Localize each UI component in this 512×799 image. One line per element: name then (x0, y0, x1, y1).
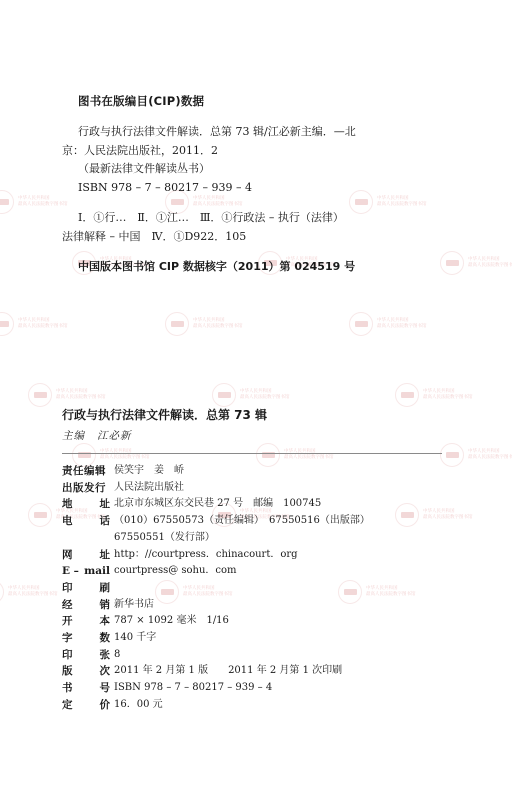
cip-isbn: ISBN 978 – 7 – 80217 – 939 – 4 (78, 179, 458, 198)
copyright-page: 中华人民共和国最高人民法院数字图书馆 中华人民共和国最高人民法院数字图书馆 中华… (0, 0, 512, 799)
editor-label: 主编 (62, 430, 85, 442)
cip-title: 图书在版编目(CIP)数据 (78, 93, 458, 109)
library-seal-icon (165, 312, 189, 336)
info-label: 经销 (62, 597, 114, 614)
info-value: 侯笑宇 姜 峤 (114, 463, 184, 480)
watermark: 中华人民共和国最高人民法院数字图书馆 (165, 312, 243, 336)
library-seal-icon (349, 312, 373, 336)
info-label: 定价 (62, 697, 114, 714)
watermark: 中华人民共和国最高人民法院数字图书馆 (349, 312, 427, 336)
watermark: 中华人民共和国最高人民法院数字图书馆 (0, 580, 58, 604)
cip-description: 行政与执行法律文件解读．总第 73 辑/江必新主编．—北 京：人民法院出版社，2… (78, 123, 458, 197)
editor-name: 江必新 (97, 430, 132, 442)
watermark-line-1: 中华人民共和国 (8, 586, 40, 591)
info-row-word-count: 字数 140 千字 (62, 630, 444, 647)
library-seal-icon (28, 503, 52, 527)
info-value: （010）67550573（责任编辑） 67550516（出版部） 675505… (114, 513, 370, 546)
watermark: 中华人民共和国最高人民法院数字图书馆 (0, 312, 68, 336)
info-label: 书号 (62, 680, 114, 697)
info-label: 电话 (62, 513, 114, 530)
info-label: 版次 (62, 663, 114, 680)
watermark-line-2: 最高人民法院数字图书馆 (377, 324, 427, 329)
info-row-printed-sheets: 印张 8 (62, 647, 444, 664)
watermark-line-1: 中华人民共和国 (18, 318, 50, 323)
info-row-price: 定价 16．00 元 (62, 697, 444, 714)
watermark-line-2: 最高人民法院数字图书馆 (468, 263, 512, 268)
watermark-line-2: 最高人民法院数字图书馆 (56, 395, 106, 400)
info-row-responsible-editor: 责任编辑 侯笑宇 姜 峤 (62, 463, 444, 480)
info-value: 新华书店 (114, 597, 154, 614)
watermark: 中华人民共和国最高人民法院数字图书馆 (212, 383, 290, 407)
library-seal-icon (395, 383, 419, 407)
info-row-printer: 印刷 (62, 580, 444, 597)
info-value: 8 (114, 647, 120, 664)
info-row-isbn: 书号 ISBN 978 – 7 – 80217 – 939 – 4 (62, 680, 444, 697)
library-seal-icon (212, 383, 236, 407)
info-value: 人民法院出版社 (114, 480, 184, 497)
cip-line: 京：人民法院出版社，2011．2 (62, 142, 458, 161)
divider (62, 453, 442, 454)
library-seal-icon (28, 383, 52, 407)
info-value: 140 千字 (114, 630, 156, 647)
info-row-phone: 电话 （010）67550573（责任编辑） 67550516（出版部） 675… (62, 513, 444, 546)
colophon: 行政与执行法律文件解读．总第 73 辑 主编江必新 责任编辑 侯笑宇 姜 峤 出… (62, 406, 444, 714)
watermark: 中华人民共和国最高人民法院数字图书馆 (395, 383, 473, 407)
watermark-line-2: 最高人民法院数字图书馆 (193, 324, 243, 329)
info-label: 字数 (62, 630, 114, 647)
phone-line: 67550551（发行部） (114, 530, 370, 547)
info-row-website: 网址 http：//courtpress．chinacourt．org (62, 547, 444, 564)
info-row-edition: 版次 2011 年 2 月第 1 版 2011 年 2 月第 1 次印刷 (62, 663, 444, 680)
book-title: 行政与执行法律文件解读．总第 73 辑 (62, 406, 444, 423)
watermark-line-1: 中华人民共和国 (18, 196, 50, 201)
watermark: 中华人民共和国最高人民法院数字图书馆 (28, 383, 106, 407)
watermark-line-2: 最高人民法院数字图书馆 (240, 395, 290, 400)
library-seal-icon (0, 580, 4, 604)
watermark-line-2: 最高人民法院数字图书馆 (468, 455, 512, 460)
cip-classification: Ⅰ．①行… Ⅱ．①江… Ⅲ．①行政法 – 执行（法律） 法律解释 – 中国 Ⅳ．… (78, 209, 458, 246)
info-label: 印张 (62, 647, 114, 664)
watermark-line-2: 最高人民法院数字图书馆 (18, 324, 68, 329)
watermark-line-1: 中华人民共和国 (56, 389, 88, 394)
email-address: courtpress@ sohu．com (114, 563, 237, 580)
info-row-publisher: 出版发行 人民法院出版社 (62, 480, 444, 497)
info-row-distributor: 经销 新华书店 (62, 597, 444, 614)
watermark-line-1: 中华人民共和国 (193, 318, 225, 323)
website-url: http：//courtpress．chinacourt．org (114, 547, 298, 564)
info-value: ISBN 978 – 7 – 80217 – 939 – 4 (114, 680, 272, 697)
watermark-line-2: 最高人民法院数字图书馆 (423, 395, 473, 400)
watermark-line-1: 中华人民共和国 (423, 389, 455, 394)
info-label: E –mail (62, 563, 114, 580)
library-seal-icon (0, 312, 14, 336)
watermark-line-2: 最高人民法院数字图书馆 (18, 202, 68, 207)
watermark: 中华人民共和国最高人民法院数字图书馆 (440, 443, 512, 467)
watermark-line-2: 最高人民法院数字图书馆 (8, 592, 58, 597)
watermark-line-1: 中华人民共和国 (240, 389, 272, 394)
library-seal-icon (0, 190, 14, 214)
info-row-format: 开本 787 × 1092 毫米 1/16 (62, 613, 444, 630)
cip-line: （最新法律文件解读丛书） (78, 160, 458, 179)
info-value: 北京市东城区东交民巷 27 号 邮编 100745 (114, 496, 321, 513)
phone-line: （010）67550573（责任编辑） 67550516（出版部） (114, 513, 370, 530)
watermark-line-1: 中华人民共和国 (468, 257, 500, 262)
classification-line: 法律解释 – 中国 Ⅳ．①D922．105 (62, 228, 458, 247)
watermark: 中华人民共和国最高人民法院数字图书馆 (0, 190, 68, 214)
info-label: 开本 (62, 613, 114, 630)
info-label: 责任编辑 (62, 463, 114, 480)
info-value: 16．00 元 (114, 697, 163, 714)
cip-record-number: 中国版本图书馆 CIP 数据核字（2011）第 024519 号 (78, 258, 458, 274)
info-value: 787 × 1092 毫米 1/16 (114, 613, 229, 630)
info-value: 2011 年 2 月第 1 版 2011 年 2 月第 1 次印刷 (114, 663, 342, 680)
chief-editor: 主编江必新 (62, 428, 444, 443)
classification-line: Ⅰ．①行… Ⅱ．①江… Ⅲ．①行政法 – 执行（法律） (78, 209, 458, 228)
watermark-line-1: 中华人民共和国 (377, 318, 409, 323)
watermark-line-1: 中华人民共和国 (468, 449, 500, 454)
info-row-email: E –mail courtpress@ sohu．com (62, 563, 444, 580)
info-label: 印刷 (62, 580, 114, 597)
publication-info-table: 责任编辑 侯笑宇 姜 峤 出版发行 人民法院出版社 地址 北京市东城区东交民巷 … (62, 463, 444, 714)
info-row-address: 地址 北京市东城区东交民巷 27 号 邮编 100745 (62, 496, 444, 513)
info-label: 地址 (62, 496, 114, 513)
cip-data-block: 图书在版编目(CIP)数据 行政与执行法律文件解读．总第 73 辑/江必新主编．… (78, 93, 458, 274)
info-label: 网址 (62, 547, 114, 564)
cip-line: 行政与执行法律文件解读．总第 73 辑/江必新主编．—北 (78, 123, 458, 142)
info-label: 出版发行 (62, 480, 114, 497)
